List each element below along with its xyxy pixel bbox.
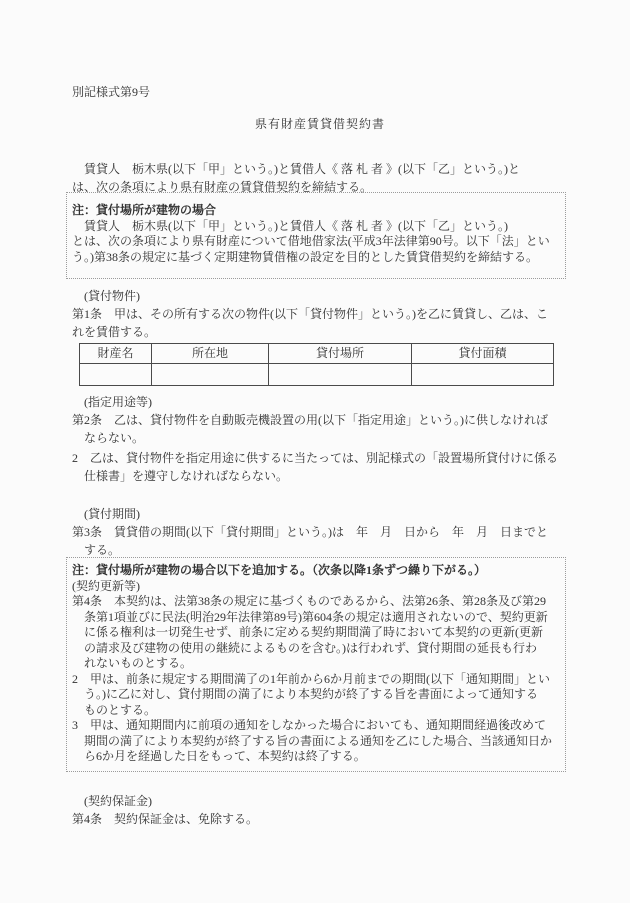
note-box-building-addendum: 注：貸付場所が建物の場合以下を追加する。（次条以降1条ずつ繰り下がる。） (契約… xyxy=(66,557,566,772)
article-4-body: 第4条 契約保証金は、免除する。 xyxy=(72,810,568,828)
col-header-location: 所在地 xyxy=(152,344,269,364)
article-3-body: 第3条 賃貸借の期間(以下「貸付期間」という。)は 年 月 日から 年 月 日ま… xyxy=(72,523,568,559)
note-box-building-case-heading: 注：貸付場所が建物の場合 xyxy=(72,203,560,219)
section-heading-designated-use: (指定用途等) xyxy=(72,393,568,411)
property-table-header-row: 財産名 所在地 貸付場所 貸付面積 xyxy=(80,344,554,364)
article-2-clause-2: 2 乙は、貸付物件を指定用途に供するに当たっては、別記様式の「設置場所貸付けに係… xyxy=(72,449,568,485)
property-table-empty-row xyxy=(80,364,554,386)
document-title: 県有財産賃貸借契約書 xyxy=(72,115,568,133)
section-heading-lend-property: (貸付物件) xyxy=(72,287,568,305)
property-name-cell xyxy=(80,364,152,386)
lend-place-cell xyxy=(269,364,412,386)
col-header-property-name: 財産名 xyxy=(80,344,152,364)
col-header-lend-area: 貸付面積 xyxy=(412,344,554,364)
section-heading-lend-period: (貸付期間) xyxy=(72,505,568,523)
note-box-building-addendum-heading: 注：貸付場所が建物の場合以下を追加する。（次条以降1条ずつ繰り下がる。） xyxy=(72,563,560,579)
note-box-building-case: 注：貸付場所が建物の場合 賃貸人 栃木県(以下「甲」という。)と賃借人《 落 札… xyxy=(66,192,566,279)
article-1-body: 第1条 甲は、その所有する次の物件(以下「貸付物件」という。)を乙に賃貸し、乙は… xyxy=(72,305,568,341)
col-header-lend-place: 貸付場所 xyxy=(269,344,412,364)
section-heading-contract-deposit: (契約保証金) xyxy=(72,792,568,810)
form-number-label: 別記様式第9号 xyxy=(72,83,568,101)
renewal-article-clause-1: 第4条 本契約は、法第38条の規定に基づくものであるから、法第26条、第28条及… xyxy=(72,594,560,672)
contract-document-page: 別記様式第9号 県有財産賃貸借契約書 賃貸人 栃木県(以下「甲」という。)と賃借… xyxy=(0,0,630,903)
page-content: 別記様式第9号 県有財産賃貸借契約書 賃貸人 栃木県(以下「甲」という。)と賃借… xyxy=(0,0,630,828)
lend-property-table: 財産名 所在地 貸付場所 貸付面積 xyxy=(79,343,554,386)
lend-area-cell xyxy=(412,364,554,386)
intro-paragraph: 賃貸人 栃木県(以下「甲」という。)と賃借人《 落 札 者 》(以下「乙」という… xyxy=(72,160,568,196)
note-box-building-case-body: 賃貸人 栃木県(以下「甲」という。)と賃借人《 落 札 者 》(以下「乙」という… xyxy=(72,219,560,266)
renewal-article-clause-3: 3 甲は、通知期間内に前項の通知をしなかった場合においても、通知期間経過後改めて… xyxy=(72,718,560,765)
contract-renewal-sub-heading: (契約更新等) xyxy=(72,579,560,595)
location-cell xyxy=(152,364,269,386)
renewal-article-clause-2: 2 甲は、前条に規定する期間満了の1年前から6か月前までの期間(以下「通知期間」… xyxy=(72,672,560,719)
article-2-clause-1: 第2条 乙は、貸付物件を自動販売機設置の用(以下「指定用途」という。)に供しなけ… xyxy=(72,411,568,447)
